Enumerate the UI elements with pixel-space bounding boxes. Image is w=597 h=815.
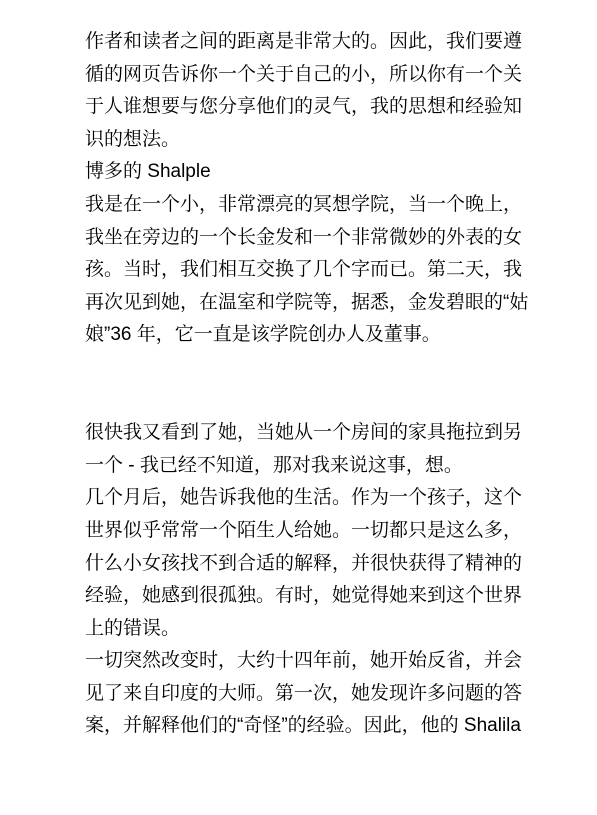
text-block: 作者和读者之间的距离是非常大的。因此，我们要遵循的网页告诉你一个关于自己的小，所…: [85, 26, 525, 743]
text-line: 很快我又看到了她，当她从一个房间的家具拖拉到另: [85, 417, 525, 450]
text-line: 循的网页告诉你一个关于自己的小，所以你有一个关: [85, 59, 525, 92]
document-page: 作者和读者之间的距离是非常大的。因此，我们要遵循的网页告诉你一个关于自己的小，所…: [0, 0, 597, 815]
text-line: 我是在一个小，非常漂亮的冥想学院，当一个晚上，: [85, 189, 525, 222]
text-line: 什么小女孩找不到合适的解释，并很快获得了精神的: [85, 548, 525, 581]
text-line: 娘”36 年，它一直是该学院创办人及董事。: [85, 319, 525, 352]
text-line: 作者和读者之间的距离是非常大的。因此，我们要遵: [85, 26, 525, 59]
text-line: 博多的 Shalple: [85, 156, 525, 189]
text-line: 我坐在旁边的一个长金发和一个非常微妙的外表的女: [85, 222, 525, 255]
text-line: 经验，她感到很孤独。有时，她觉得她来到这个世界: [85, 580, 525, 613]
text-line: 世界似乎常常一个陌生人给她。一切都只是这么多，: [85, 515, 525, 548]
blank-line: [85, 385, 525, 418]
text-line: 一切突然改变时，大约十四年前，她开始反省，并会: [85, 645, 525, 678]
text-line: 孩。当时，我们相互交换了几个字而已。第二天，我: [85, 254, 525, 287]
text-line: 见了来自印度的大师。第一次，她发现许多问题的答: [85, 678, 525, 711]
text-line: 上的错误。: [85, 613, 525, 646]
text-line: 再次见到她，在温室和学院等，据悉，金发碧眼的“姑: [85, 287, 525, 320]
text-line: 案，并解释他们的“奇怪”的经验。因此，他的 Shalila: [85, 710, 525, 743]
text-line: 几个月后，她告诉我他的生活。作为一个孩子，这个: [85, 482, 525, 515]
text-line: 一个 - 我已经不知道，那对我来说这事，想。: [85, 450, 525, 483]
text-line: 于人谁想要与您分享他们的灵气，我的思想和经验知: [85, 91, 525, 124]
text-line: 识的想法。: [85, 124, 525, 157]
blank-line: [85, 352, 525, 385]
